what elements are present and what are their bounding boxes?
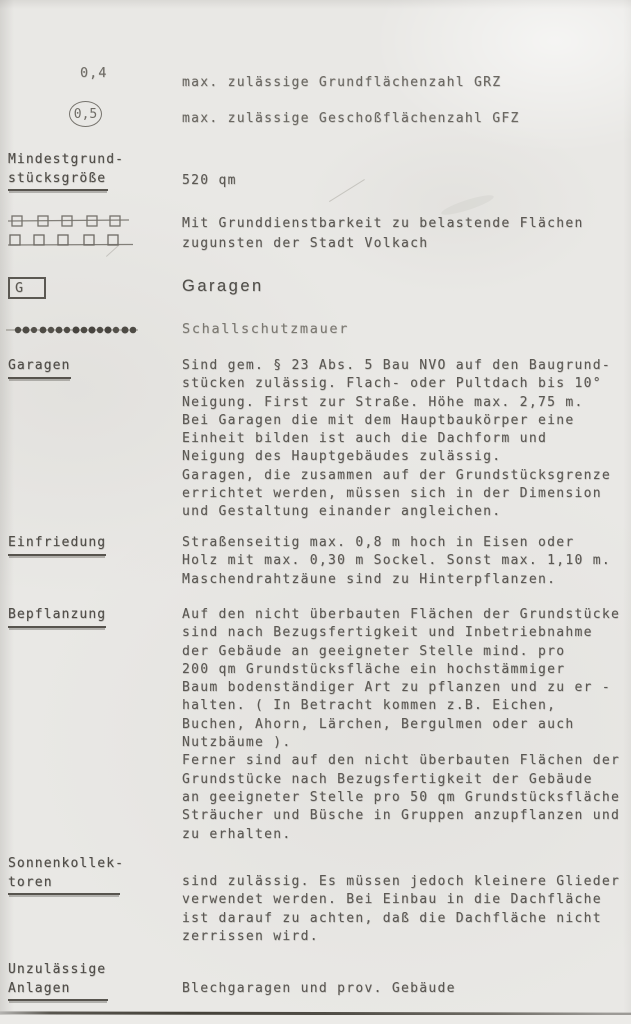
- garage-symbol-box: G: [8, 277, 46, 299]
- section-label-unzulaessige-anlagen-line1: Unzulässige: [8, 961, 108, 980]
- section-label-unzulaessige-anlagen: Unzulässige Anlagen: [8, 961, 108, 1001]
- label-line: toren: [8, 874, 124, 896]
- section-label-sonnenkollektoren-line1: Sonnenkollek-: [8, 855, 124, 874]
- section-label-einfriedung: Einfriedung: [8, 534, 106, 556]
- min-plot-size-value: 520 qm: [182, 172, 237, 190]
- easement-description: Mit Grunddienstbarkeit zu belastende Flä…: [182, 214, 584, 253]
- garage-symbol-description: Garagen: [182, 277, 264, 296]
- section-label-sonnenkollektoren: Sonnenkollek- toren: [8, 855, 124, 895]
- section-label-garagen: Garagen: [8, 357, 71, 379]
- section-body-bepflanzung: Auf den nicht überbauten Flächen der Gru…: [182, 606, 620, 844]
- section-label-einfriedung-text: Einfriedung: [8, 534, 106, 556]
- label-line: Anlagen: [8, 980, 108, 1002]
- min-plot-size-label: Mindestgrund- stücksgröße: [8, 151, 124, 191]
- grz-value: 0,4: [80, 65, 107, 81]
- gfz-value-circle: 0,5: [69, 101, 102, 127]
- gfz-value: 0,5: [74, 107, 97, 122]
- section-label-bepflanzung-text: Bepflanzung: [8, 606, 106, 628]
- easement-squares-icon: [6, 208, 140, 252]
- section-label-unzulaessige-anlagen-line2: Anlagen: [8, 980, 108, 1002]
- min-plot-size-label-line2: stücksgröße: [8, 170, 108, 192]
- noise-wall-description: Schallschutzmauer: [182, 321, 349, 337]
- section-body-einfriedung: Straßenseitig max. 0,8 m hoch in Eisen o…: [182, 534, 611, 589]
- section-body-unzulaessige-anlagen: Blechgaragen und prov. Gebäude: [182, 980, 456, 998]
- section-label-sonnenkollektoren-line2: toren: [8, 874, 120, 896]
- scanned-regulation-page: 0,4 max. zulässige Grundflächenzahl GRZ …: [0, 0, 631, 1024]
- grz-description: max. zulässige Grundflächenzahl GRZ: [182, 74, 501, 92]
- garage-symbol-letter: G: [15, 280, 23, 296]
- scan-edge-margin: [0, 1015, 631, 1024]
- min-plot-size-label-line1: Mindestgrund-: [8, 151, 124, 170]
- section-body-garagen: Sind gem. § 23 Abs. 5 Bau NVO auf den Ba…: [182, 357, 611, 522]
- paper-crease: [329, 179, 365, 202]
- gfz-description: max. zulässige Geschoßflächenzahl GFZ: [182, 110, 520, 128]
- section-label-garagen-text: Garagen: [8, 357, 71, 379]
- noise-wall-dots-icon: [6, 323, 144, 337]
- label-line: stücksgröße: [8, 170, 124, 192]
- section-label-bepflanzung: Bepflanzung: [8, 606, 106, 628]
- section-body-sonnenkollektoren: sind zulässig. Es müssen jedoch kleinere…: [182, 873, 620, 946]
